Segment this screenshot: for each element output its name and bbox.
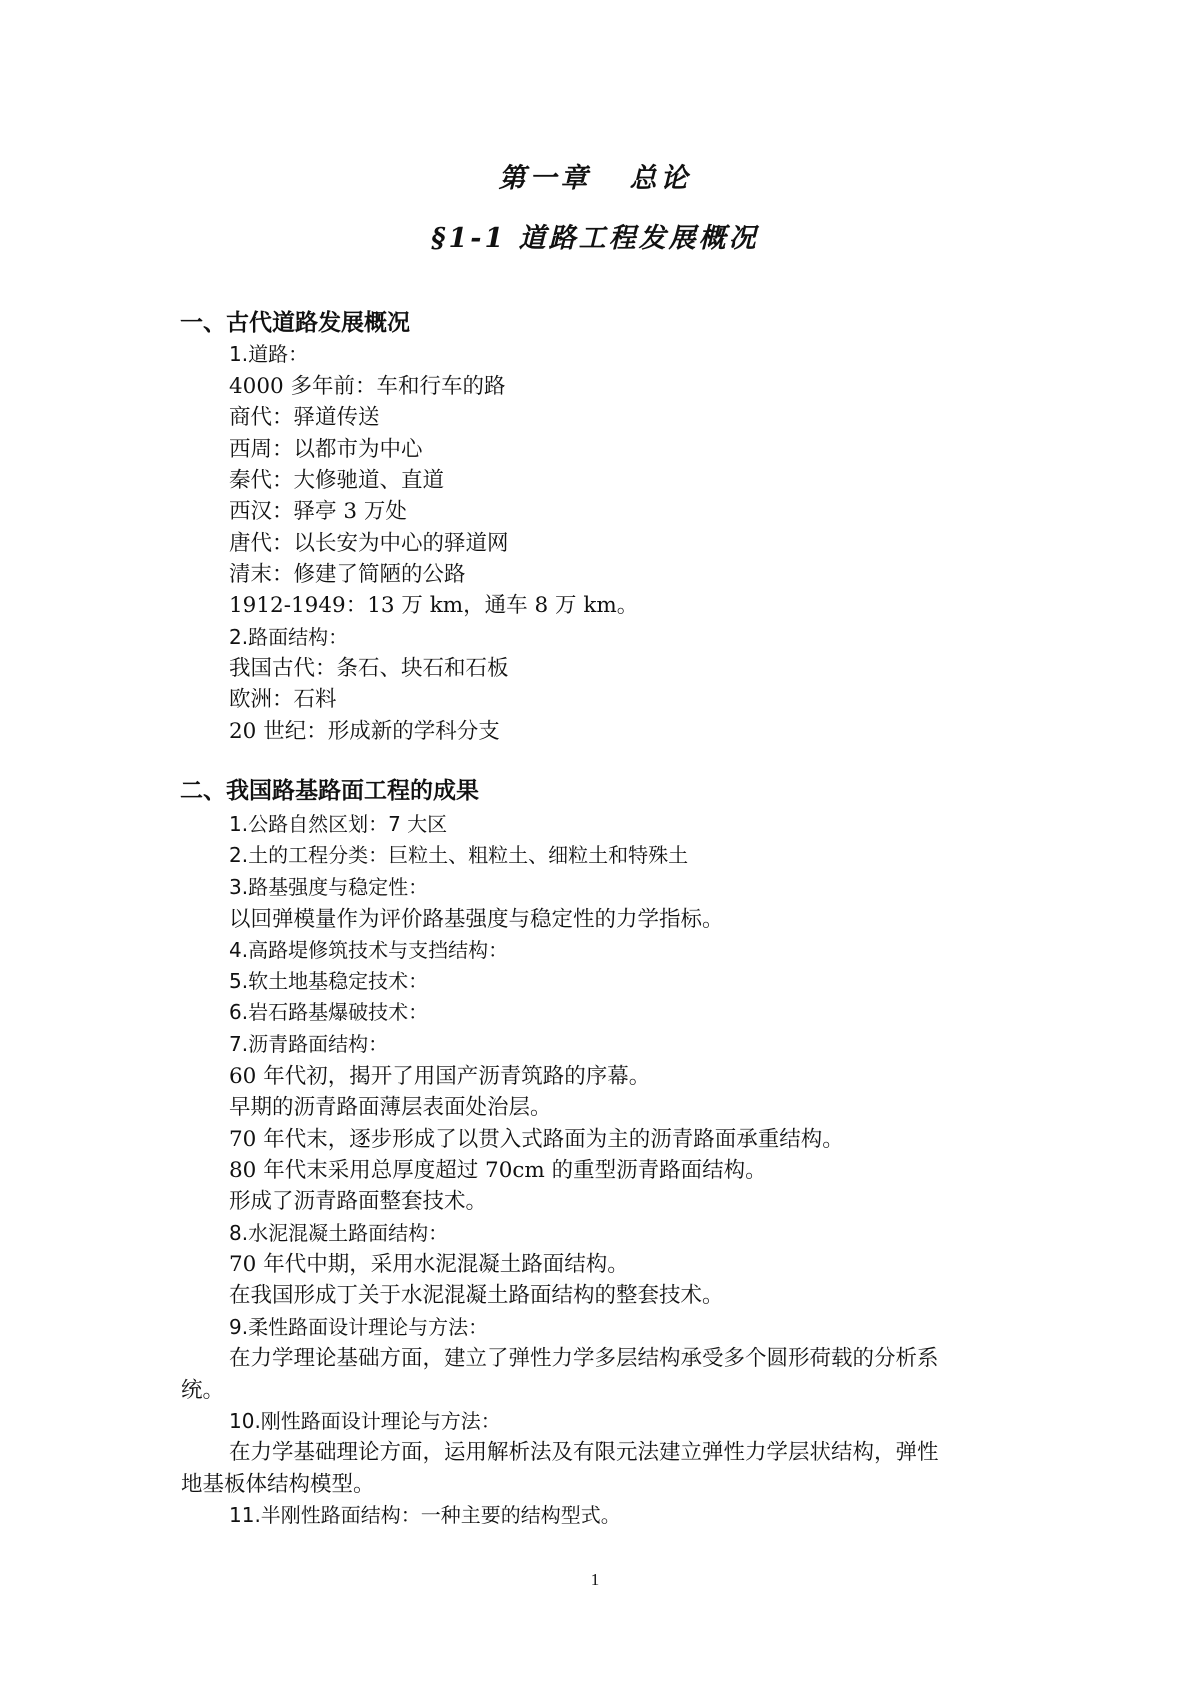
text-line: 早期的沥青路面薄层表面处治层。 [229, 1090, 552, 1121]
paragraph-line: 在力学基础理论方面，运用解析法及有限元法建立弹性力学层状结构，弹性 [229, 1435, 939, 1466]
text-line: 1912-1949：13 万 km，通车 8 万 km。 [229, 588, 638, 619]
subheading-item: 1.公路自然区划：7 大区 [229, 808, 447, 837]
subheading-roads: 1.道路： [229, 338, 308, 367]
heading-ancient-roads: 一、古代道路发展概况 [180, 304, 410, 337]
text-line: 唐代：以长安为中心的驿道网 [229, 526, 509, 557]
text-line: 70 年代末，逐步形成了以贯入式路面为主的沥青路面承重结构。 [229, 1122, 844, 1153]
paragraph-line: 在力学理论基础方面，建立了弹性力学多层结构承受多个圆形荷载的分析系 [229, 1341, 939, 1372]
text-line: 清末：修建了简陋的公路 [229, 557, 466, 588]
subheading-item: 9.柔性路面设计理论与方法： [229, 1311, 488, 1340]
chapter-name: 总论 [630, 163, 692, 194]
paragraph-continuation: 地基板体结构模型。 [181, 1467, 375, 1498]
subheading-item: 4.高路堤修筑技术与支挡结构： [229, 934, 508, 963]
text-line: 20 世纪：形成新的学科分支 [229, 714, 500, 745]
text-line: 欧洲：石料 [229, 682, 337, 713]
subheading-item: 8.水泥混凝土路面结构： [229, 1217, 448, 1246]
subheading-item: 3.路基强度与稳定性： [229, 871, 428, 900]
chapter-number: 第一章 [499, 163, 592, 194]
text-line: 60 年代初，揭开了用国产沥青筑路的序幕。 [229, 1059, 650, 1090]
text-line: 以回弹模量作为评价路基强度与稳定性的力学指标。 [229, 902, 724, 933]
text-line: 70 年代中期，采用水泥混凝土路面结构。 [229, 1247, 629, 1278]
subheading-item: 11.半刚性路面结构：一种主要的结构型式。 [229, 1499, 621, 1528]
heading-achievements: 二、我国路基路面工程的成果 [180, 772, 479, 805]
chapter-title: 第一章总论 [0, 156, 1190, 195]
subheading-item: 7.沥青路面结构： [229, 1028, 388, 1057]
text-line: 商代：驿道传送 [229, 400, 380, 431]
paragraph-continuation: 统。 [181, 1373, 224, 1404]
text-line: 在我国形成丁关于水泥混凝土路面结构的整套技术。 [229, 1278, 724, 1309]
subheading-item: 6.岩石路基爆破技术： [229, 996, 428, 1025]
text-line: 我国古代：条石、块石和石板 [229, 651, 509, 682]
text-line: 80 年代末采用总厚度超过 70cm 的重型沥青路面结构。 [229, 1153, 767, 1184]
section-title: §1-1 道路工程发展概况 [0, 216, 1190, 255]
text-line: 西汉：驿亭 3 万处 [229, 494, 407, 525]
page-number: 1 [0, 1570, 1190, 1590]
text-line: 形成了沥青路面整套技术。 [229, 1184, 487, 1215]
subheading-item: 5.软土地基稳定技术： [229, 965, 428, 994]
subheading-pavement: 2.路面结构： [229, 621, 348, 650]
subheading-item: 2.土的工程分类：巨粒土、粗粒土、细粒土和特殊土 [229, 839, 688, 868]
subheading-item: 10.刚性路面设计理论与方法： [229, 1405, 501, 1434]
text-line: 4000 多年前：车和行车的路 [229, 369, 506, 400]
text-line: 西周：以都市为中心 [229, 432, 423, 463]
text-line: 秦代：大修驰道、直道 [229, 463, 444, 494]
